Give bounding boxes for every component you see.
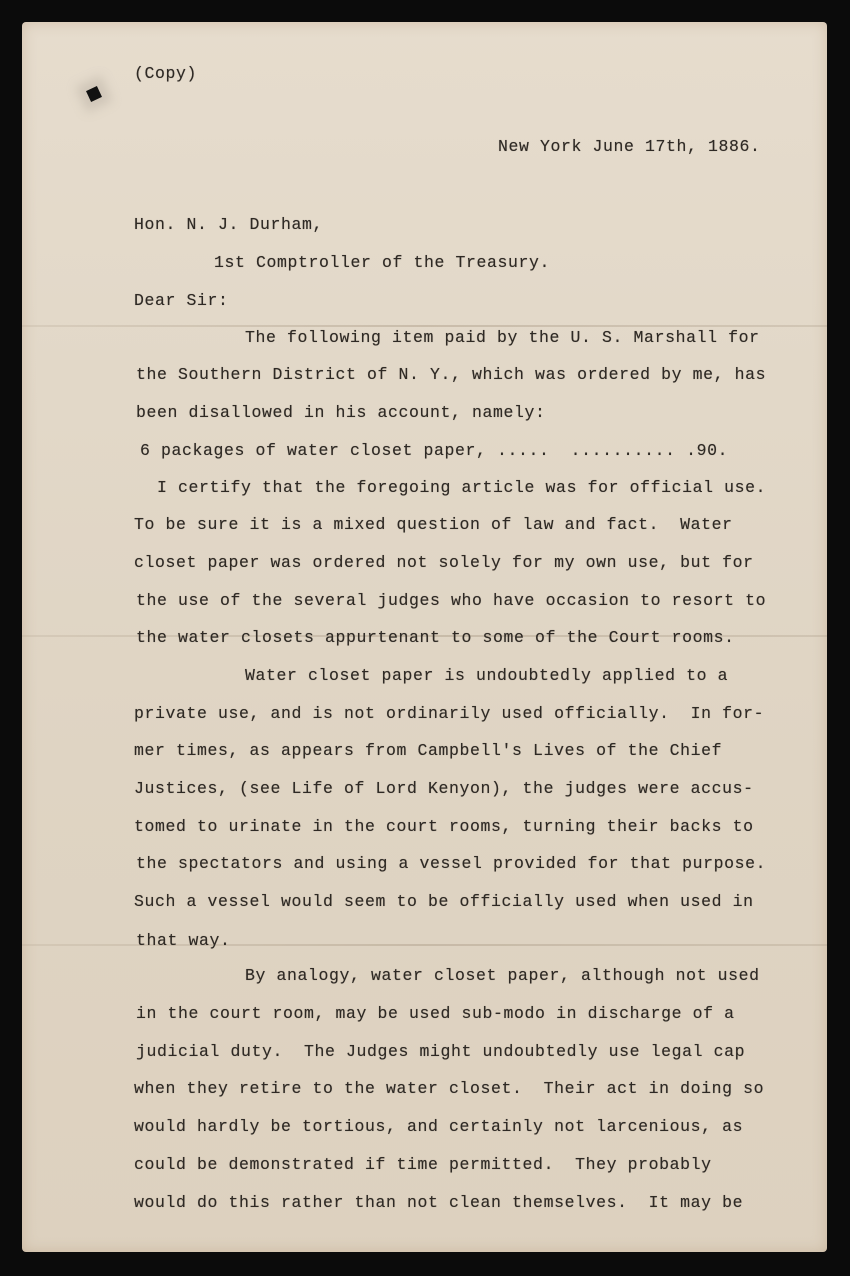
body-line: the spectators and using a vessel provid… <box>136 854 766 873</box>
dateline: New York June 17th, 1886. <box>498 137 761 156</box>
body-line: Water closet paper is undoubtedly applie… <box>245 666 728 685</box>
salutation: Dear Sir: <box>134 291 229 310</box>
punch-hole <box>86 86 102 102</box>
body-line: been disallowed in his account, namely: <box>136 403 546 422</box>
body-line: I certify that the foregoing article was… <box>157 478 766 497</box>
body-line: By analogy, water closet paper, although… <box>245 966 760 985</box>
item-line: 6 packages of water closet paper, ..... … <box>140 441 728 460</box>
body-line: could be demonstrated if time permitted.… <box>134 1155 712 1174</box>
body-line: when they retire to the water closet. Th… <box>134 1079 764 1098</box>
body-line: the water closets appurtenant to some of… <box>136 628 735 647</box>
body-line: judicial duty. The Judges might undoubte… <box>136 1042 745 1061</box>
body-line: tomed to urinate in the court rooms, tur… <box>134 817 754 836</box>
body-line: To be sure it is a mixed question of law… <box>134 515 733 534</box>
body-line: Justices, (see Life of Lord Kenyon), the… <box>134 779 754 798</box>
body-line: in the court room, may be used sub-modo … <box>136 1004 735 1023</box>
body-line: private use, and is not ordinarily used … <box>134 704 764 723</box>
body-line: mer times, as appears from Campbell's Li… <box>134 741 722 760</box>
recipient-title: 1st Comptroller of the Treasury. <box>214 253 550 272</box>
recipient-name: Hon. N. J. Durham, <box>134 215 323 234</box>
body-line: the Southern District of N. Y., which wa… <box>136 365 766 384</box>
body-line: The following item paid by the U. S. Mar… <box>245 328 760 347</box>
fold-line <box>22 325 827 327</box>
copy-label: (Copy) <box>134 64 197 83</box>
body-line: Such a vessel would seem to be officiall… <box>134 892 754 911</box>
body-line: the use of the several judges who have o… <box>136 591 766 610</box>
body-line: would do this rather than not clean them… <box>134 1193 743 1212</box>
body-line: that way. <box>136 931 231 950</box>
body-line: closet paper was ordered not solely for … <box>134 553 754 572</box>
body-line: would hardly be tortious, and certainly … <box>134 1117 743 1136</box>
